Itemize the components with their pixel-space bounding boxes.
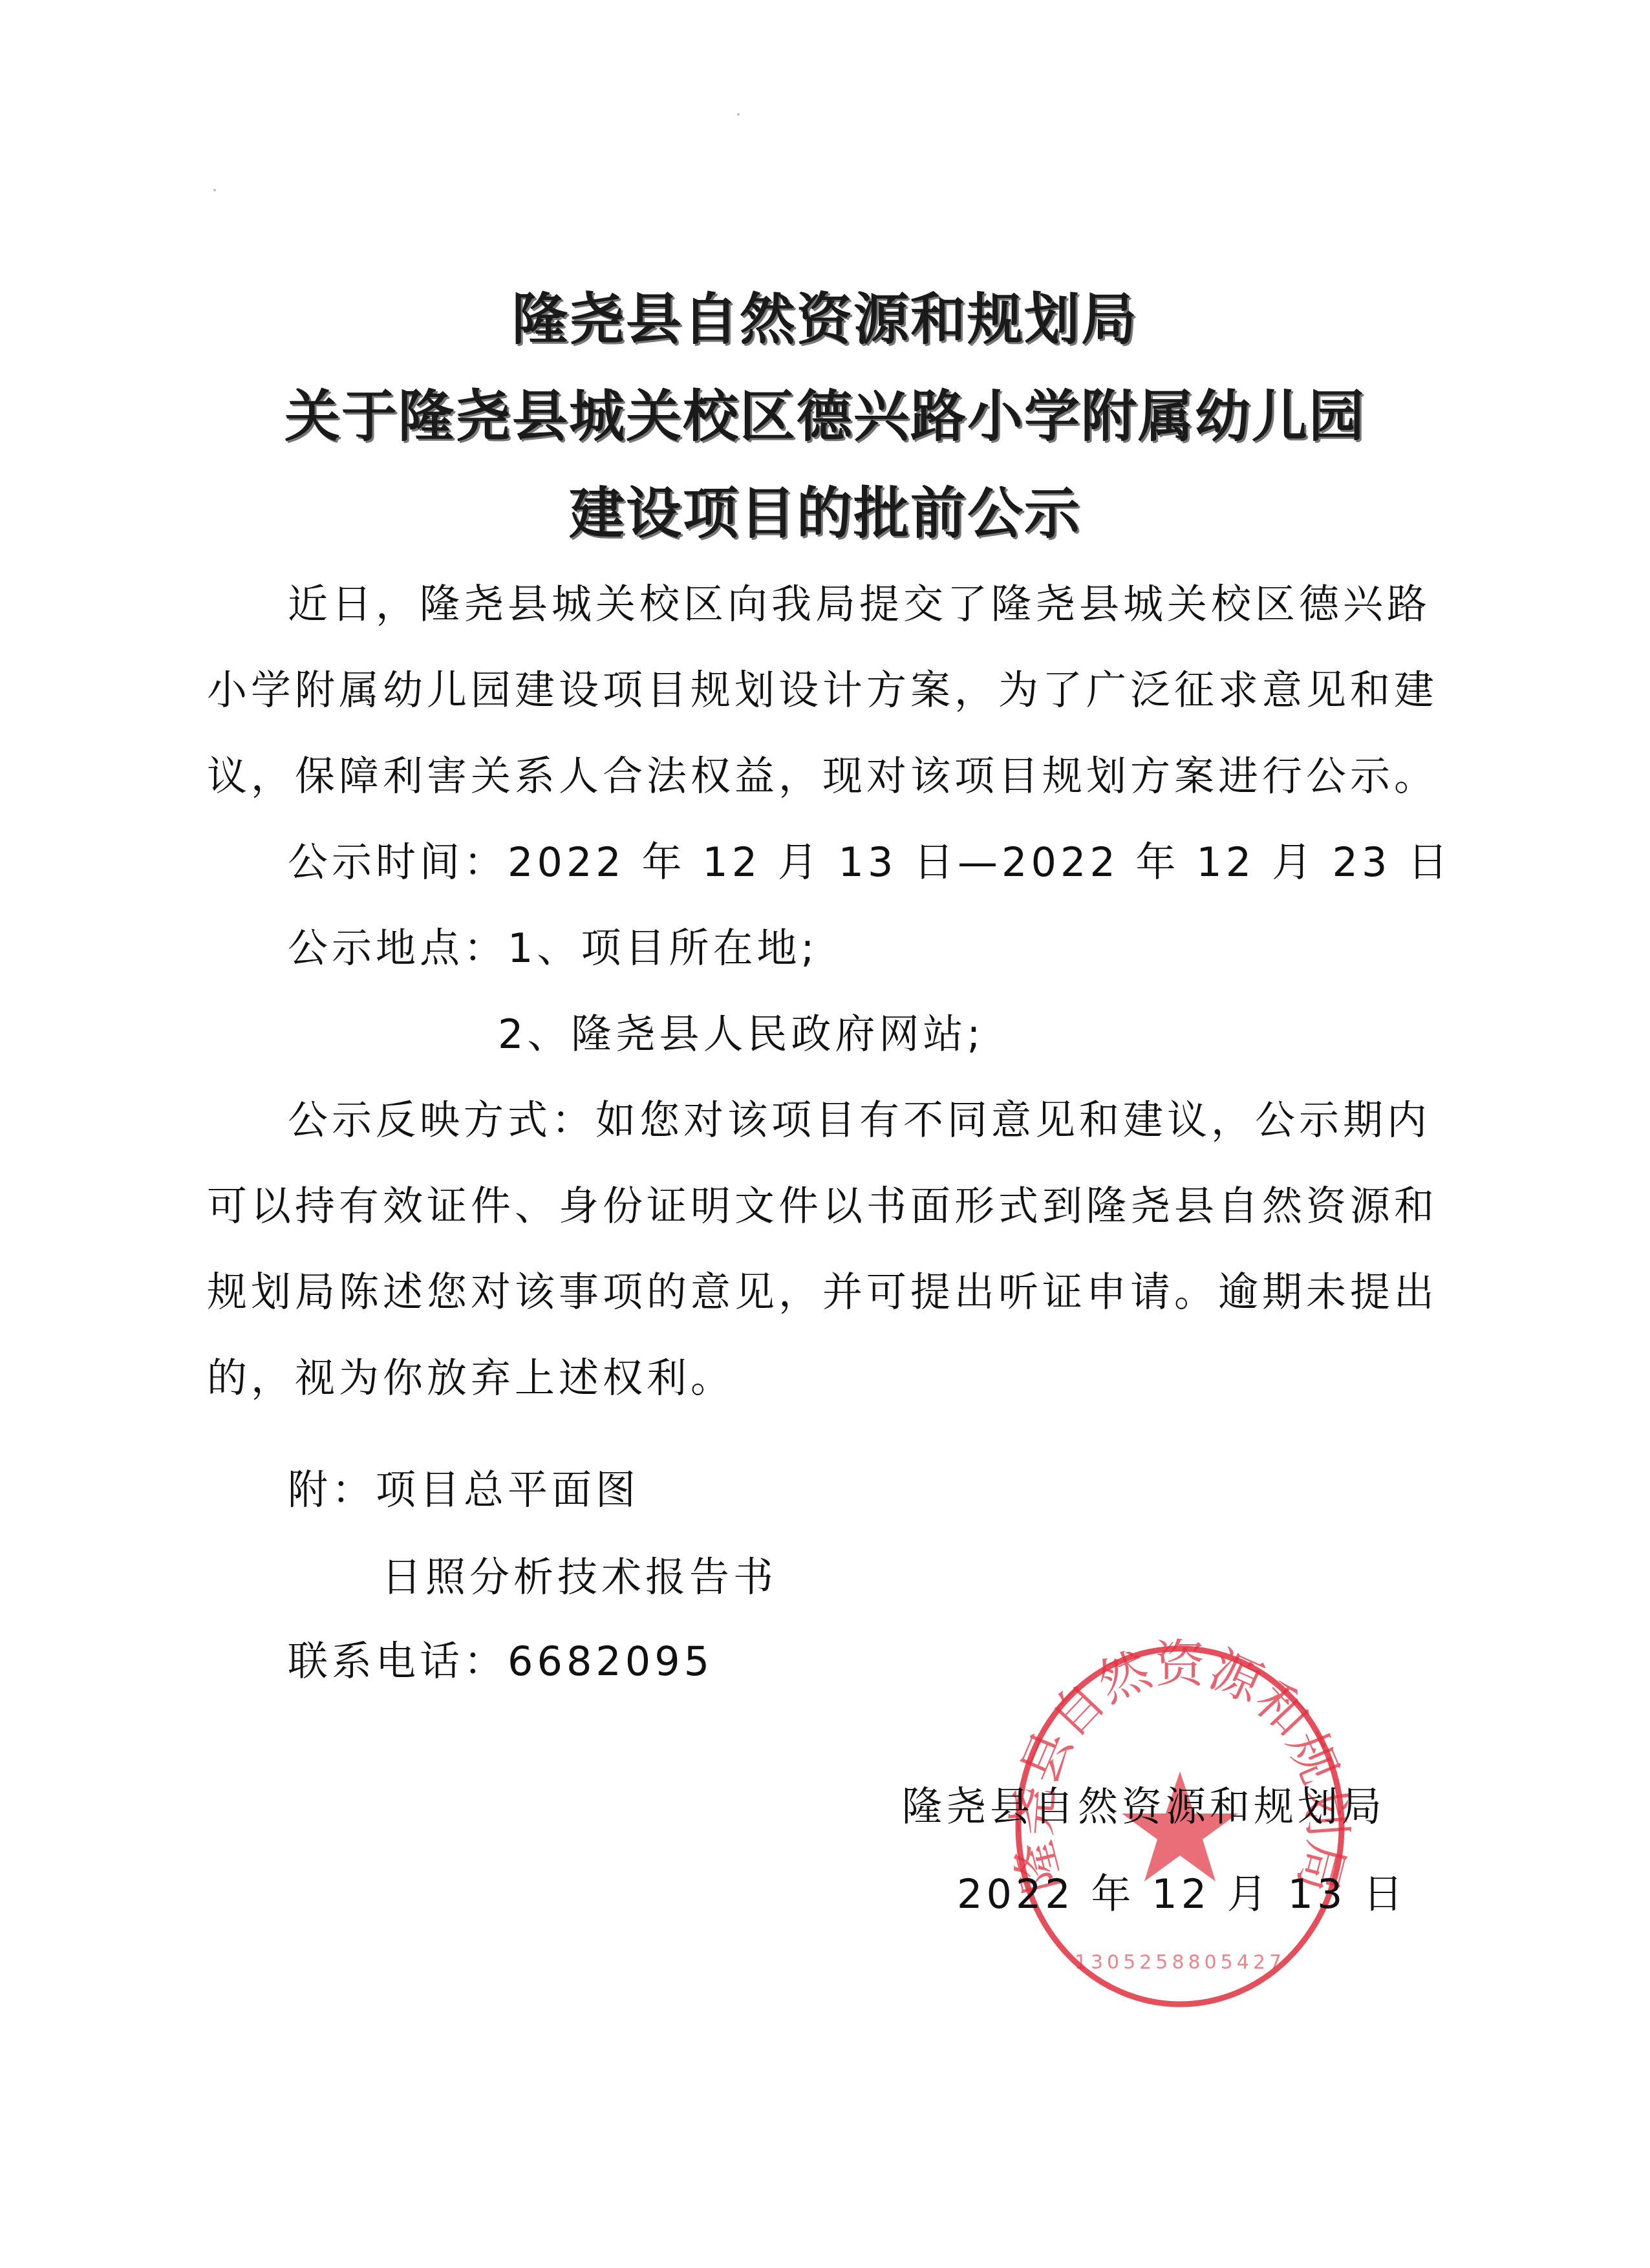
feedback-line-2: 可以持有效证件、身份证明文件以书面形式到隆尧县自然资源和 [207,1174,1438,1232]
feedback-line-1: 公示反映方式：如您对该项目有不同意见和建议，公示期内 [288,1088,1431,1146]
attachment-line-1: 附：项目总平面图 [288,1458,639,1515]
contact-phone: 联系电话：6682095 [288,1629,713,1687]
feedback-line-4: 的，视为你放弃上述权利。 [207,1346,734,1404]
signature-organization: 隆尧县自然资源和规划局 [902,1775,1386,1832]
svg-text:隆尧县自然资源和规划局: 隆尧县自然资源和规划局 [1003,1636,1356,1898]
signature-date: 2022 年 12 月 13 日 [957,1862,1407,1920]
publicity-location-1: 公示地点：1、项目所在地; [288,916,818,974]
intro-line-1: 近日，隆尧县城关校区向我局提交了隆尧县城关校区德兴路 [288,572,1431,630]
publicity-period: 公示时间：2022 年 12 月 13 日—2022 年 12 月 23 日 [288,830,1452,888]
attachment-line-2: 日照分析技术报告书 [381,1545,777,1603]
intro-line-3: 议，保障利害关系人合法权益，现对该项目规划方案进行公示。 [207,744,1438,802]
publicity-location-2: 2、隆尧县人民政府网站; [498,1002,984,1060]
seal-code: 1305258805427 [1075,1951,1285,1974]
feedback-line-3: 规划局陈述您对该事项的意见，并可提出听证申请。逾期未提出 [207,1260,1438,1318]
document-page: 隆尧县自然资源和规划局 关于隆尧县城关校区德兴路小学附属幼儿园 建设项目的批前公… [0,0,1650,2268]
seal-arc-text: 隆尧县自然资源和规划局 [1003,1636,1356,1898]
intro-line-2: 小学附属幼儿园建设项目规划设计方案，为了广泛征求意见和建 [207,658,1438,716]
